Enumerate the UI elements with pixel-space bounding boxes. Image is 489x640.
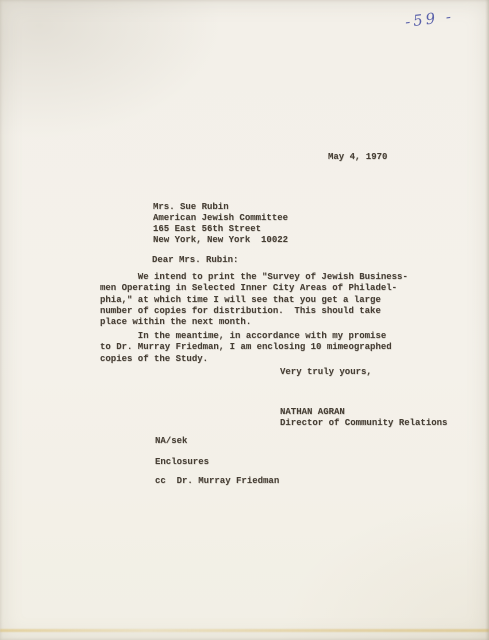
signature-title: Director of Community Relations [280,418,447,429]
body-paragraph-1: We intend to print the "Survey of Jewish… [100,272,408,328]
document-page: -59 - May 4, 1970 Mrs. Sue Rubin America… [0,0,489,640]
page-number-annotation: -59 - [404,7,455,31]
cc-line: cc Dr. Murray Friedman [155,476,279,487]
salutation: Dear Mrs. Rubin: [152,255,238,266]
scan-right-edge [485,0,489,640]
date-line: May 4, 1970 [328,152,387,163]
signature-name: NATHAN AGRAN [280,407,345,418]
recipient-organization: American Jewish Committee [153,213,288,224]
typist-initials: NA/sek [155,436,187,447]
recipient-city: New York, New York 10022 [153,235,288,246]
recipient-street: 165 East 56th Street [153,224,261,235]
body-paragraph-2: In the meantime, in accordance with my p… [100,331,392,365]
recipient-name: Mrs. Sue Rubin [153,202,229,213]
scan-bottom-edge [0,629,489,632]
enclosures-note: Enclosures [155,457,209,468]
closing-line: Very truly yours, [280,367,372,378]
